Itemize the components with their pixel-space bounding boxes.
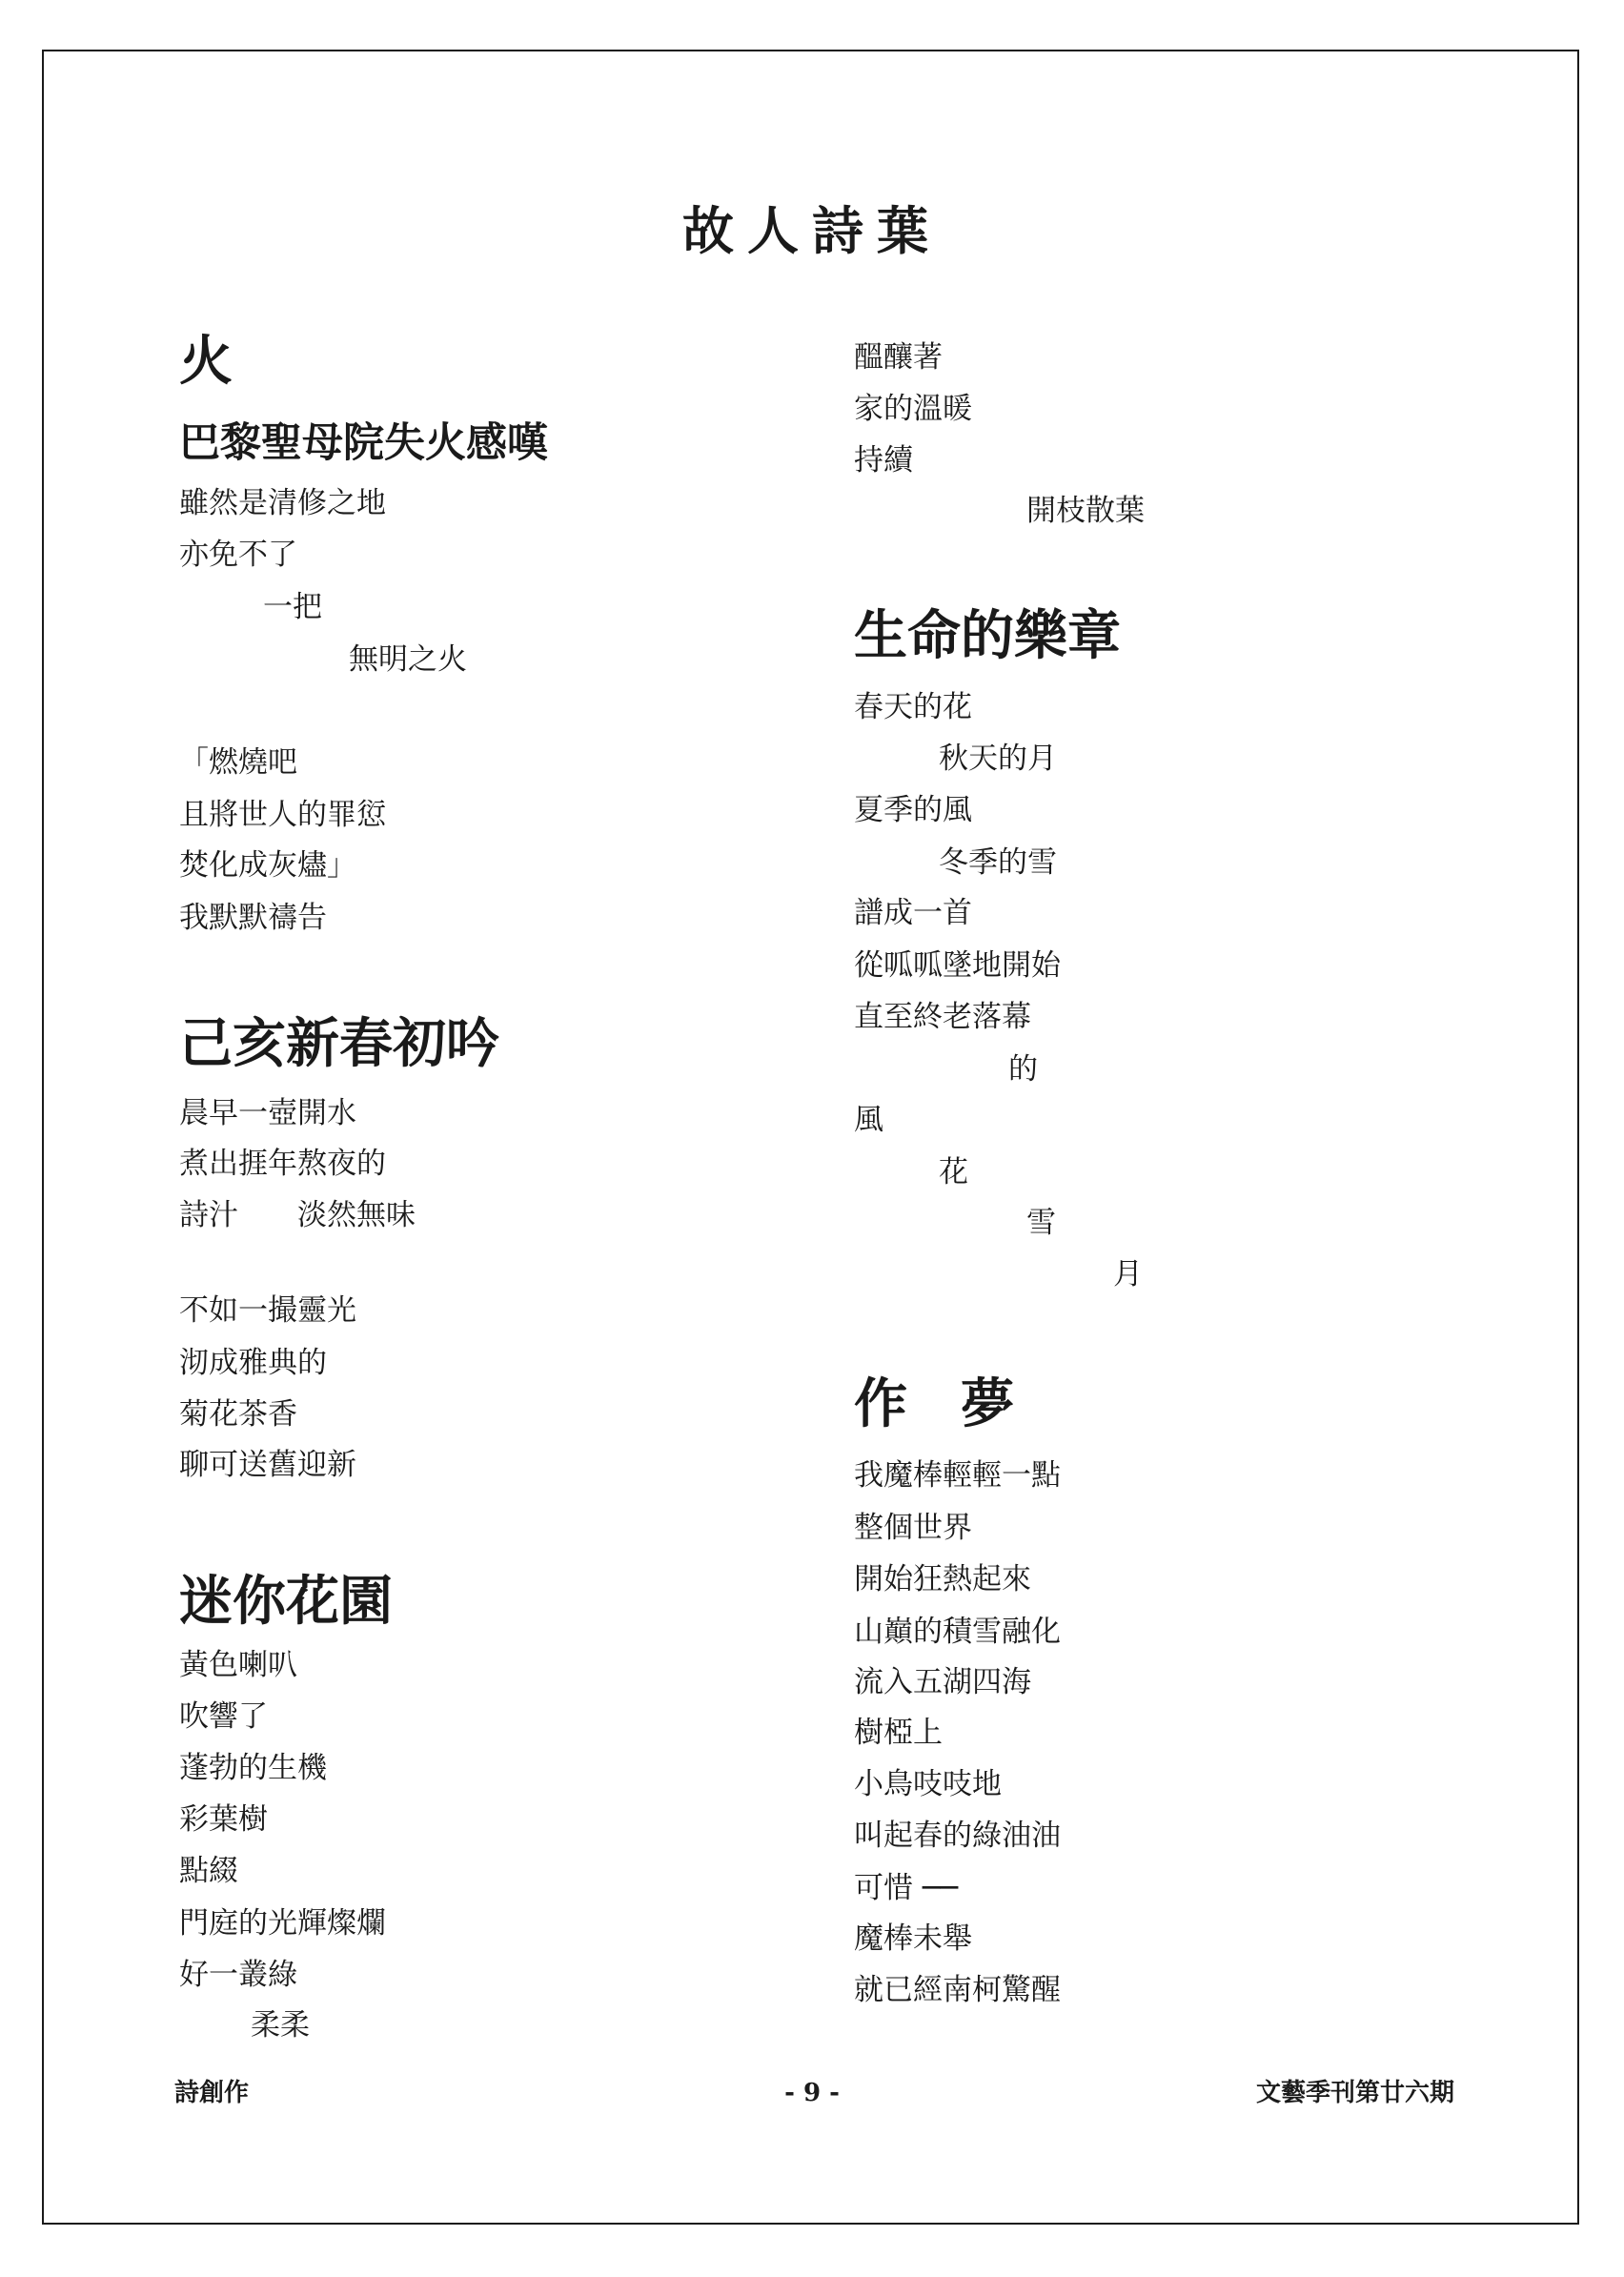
poem-line: 不如一撮靈光 (179, 1293, 356, 1328)
poem-line: 持續 (854, 443, 913, 478)
poem-title: 火 (179, 332, 233, 391)
poem-line: 直至終老落幕 (854, 1000, 1031, 1034)
poem-line: 開枝散葉 (1026, 494, 1145, 528)
poem-line: 煮出捱年熬夜的 (179, 1147, 386, 1181)
poem-line: 蓬勃的生機 (179, 1751, 327, 1785)
page-border (42, 50, 1579, 2225)
poem-line: 花 (939, 1155, 968, 1189)
poem-line: 流入五湖四海 (854, 1665, 1031, 1699)
poem-line: 且將世人的罪愆 (179, 798, 386, 832)
poem-line: 彩葉樹 (179, 1802, 268, 1837)
poem-line: 可惜 ── (854, 1871, 958, 1905)
poem-line: 吹響了 (179, 1699, 268, 1734)
poem-line: 詩汁 淡然無味 (179, 1198, 416, 1232)
poem-line: 一把 (263, 590, 322, 624)
poem-line: 夏季的風 (854, 793, 972, 827)
poem-line: 小鳥吱吱地 (854, 1767, 1002, 1801)
poem-line: 無明之火 (349, 642, 467, 677)
page-title: 故人詩葉 (0, 200, 1624, 261)
poem-line: 開始狂熱起來 (854, 1562, 1031, 1596)
poem-line: 叫起春的綠油油 (854, 1819, 1061, 1853)
poem-line: 柔柔 (251, 2008, 310, 2043)
poem-line: 我魔棒輕輕一點 (854, 1458, 1061, 1493)
poem-line: 門庭的光輝燦爛 (179, 1906, 386, 1941)
poem-line: 冬季的雪 (939, 845, 1057, 880)
poem-line: 好一叢綠 (179, 1958, 297, 1992)
poem-line: 的 (1008, 1052, 1038, 1087)
poem-line: 沏成雅典的 (179, 1346, 327, 1380)
poem-line: 魔棒未舉 (854, 1921, 972, 1956)
poem-line: 「燃燒吧 (179, 745, 297, 780)
poem-line: 就已經南柯驚醒 (854, 1973, 1061, 2007)
poem-title: 迷你花園 (179, 1572, 393, 1631)
poem-title: 作 夢 (854, 1374, 1014, 1433)
poem-line: 從呱呱墜地開始 (854, 948, 1061, 983)
poem-line: 春天的花 (854, 690, 972, 724)
poem-line: 樹椏上 (854, 1716, 943, 1750)
poem-title: 己亥新春初吟 (179, 1014, 499, 1073)
poem-line: 雖然是清修之地 (179, 486, 386, 520)
poem-line: 黃色喇叭 (179, 1648, 297, 1682)
poem-subtitle: 巴黎聖母院失火感嘆 (179, 419, 548, 467)
poem-line: 醞釀著 (854, 340, 943, 375)
poem-line: 我默默禱告 (179, 901, 327, 935)
poem-line: 聊可送舊迎新 (179, 1448, 356, 1482)
poem-line: 點綴 (179, 1854, 238, 1888)
poem-line: 山巔的積雪融化 (854, 1615, 1061, 1649)
poem-line: 整個世界 (854, 1511, 972, 1545)
footer-publication: 文藝季刊第廿六期 (1256, 2078, 1454, 2108)
poem-title: 生命的樂章 (854, 606, 1121, 665)
poem-line: 家的溫暖 (854, 392, 972, 426)
poem-line: 菊花茶香 (179, 1397, 297, 1432)
poem-line: 亦免不了 (179, 538, 297, 572)
poem-line: 雪 (1026, 1206, 1056, 1240)
poem-line: 焚化成灰燼」 (179, 848, 356, 883)
poem-line: 月 (1113, 1257, 1143, 1291)
poem-line: 風 (854, 1103, 883, 1137)
poem-line: 譜成一首 (854, 896, 972, 930)
poem-line: 秋天的月 (939, 742, 1057, 776)
poem-line: 晨早一壺開水 (179, 1096, 356, 1130)
